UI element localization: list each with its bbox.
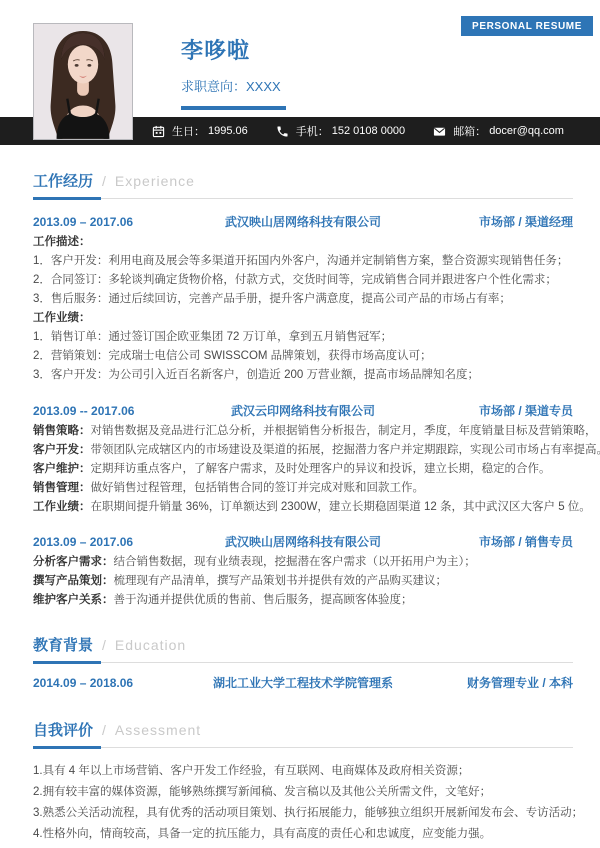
email-item: 邮箱： docer@qq.com (433, 123, 564, 139)
email-label: 邮箱： (453, 123, 486, 139)
job-entry: 2013.09 – 2017.06 武汉映山居网络科技有限公司 市场部 / 渠道… (33, 213, 573, 385)
section-experience: 工作经历/Experience 2013.09 – 2017.06 武汉映山居网… (33, 170, 573, 610)
job-detail-line: 3．售后服务：通过后续回访，完善产品手册，提升客户满意度，提高公司产品的市场占有… (33, 290, 573, 309)
assessment-item: 3.熟悉公关活动流程，具有优秀的活动项目策划、执行拓展能力，能够独立组织开展新闻… (33, 803, 573, 824)
education-period: 2014.09 – 2018.06 (33, 676, 183, 690)
job-detail-line: 3．客户开发：为公司引入近百名新客户，创造近 200 万营业额，提高市场品牌知名… (33, 366, 573, 385)
job-detail-line: 2．营销策划：完成瑞士电信公司 SWISSCOM 品牌策划，获得市场高度认可； (33, 347, 573, 366)
section-accent-line (33, 661, 101, 664)
section-assessment: 自我评价/Assessment 1.具有 4 年以上市场营销、客户开发工作经验，… (33, 719, 573, 845)
section-accent-line (33, 197, 101, 200)
assessment-section-header: 自我评价/Assessment (33, 719, 573, 749)
accent-rule (181, 106, 286, 110)
job-detail-line: 撰写产品策划：梳理现有产品清单，撰写产品策划书并提供有效的产品购买建议； (33, 572, 573, 591)
job-intention: 求职意向：XXXX (181, 76, 286, 95)
job-detail-lines: 分析客户需求：结合销售数据，现有业绩表现，挖掘潜在客户需求（以开拓用户为主）； … (33, 553, 573, 610)
job-detail-line: 分析客户需求：结合销售数据，现有业绩表现，挖掘潜在客户需求（以开拓用户为主）； (33, 553, 573, 572)
section-divider-line (33, 662, 573, 663)
birthday-item: 生日： 1995.06 (152, 123, 248, 139)
phone-label: 手机： (296, 123, 329, 139)
experience-title-en: Experience (115, 173, 195, 189)
job-detail-lines: 工作描述： 1．客户开发：利用电商及展会等多渠道开拓国内外客户，沟通并定制销售方… (33, 233, 573, 385)
education-degree: 财务管理专业 / 本科 (423, 674, 573, 691)
job-detail-line: 工作业绩： (33, 309, 573, 328)
job-period: 2013.09 – 2017.06 (33, 535, 183, 549)
birthday-value: 1995.06 (208, 125, 248, 137)
job-detail-line: 工作业绩：在职期间提升销量 36%，订单额达到 2300W，建立长期稳固渠道 1… (33, 498, 573, 517)
job-entry-header: 2013.09 – 2017.06 武汉映山居网络科技有限公司 市场部 / 渠道… (33, 213, 573, 230)
phone-icon (276, 125, 289, 138)
assessment-item: 2.拥有较丰富的媒体资源，能够熟练撰写新闻稿、发言稿以及其他公关所需文件，文笔好… (33, 782, 573, 803)
job-detail-line: 客户维护：定期拜访重点客户，了解客户需求，及时处理客户的异议和投诉，建立长期，稳… (33, 460, 573, 479)
portrait-illustration (34, 24, 132, 139)
job-detail-line: 2．合同签订：多轮谈判确定货物价格，付款方式，交货时间等，完成销售合同并跟进客户… (33, 271, 573, 290)
job-detail-line: 客户开发：带领团队完成辖区内的市场建设及渠道的拓展，挖掘潜力客户并定期跟踪，实现… (33, 441, 573, 460)
phone-item: 手机： 152 0108 0000 (276, 123, 405, 139)
birthday-label: 生日： (172, 123, 205, 139)
job-period: 2013.09 -- 2017.06 (33, 404, 183, 418)
job-detail-line: 维护客户关系：善于沟通并提供优质的售前、售后服务，提高顾客体验度； (33, 591, 573, 610)
job-company: 武汉云印网络科技有限公司 (183, 402, 423, 419)
experience-section-header: 工作经历/Experience (33, 170, 573, 200)
calendar-icon (152, 125, 165, 138)
job-entry-header: 2013.09 -- 2017.06 武汉云印网络科技有限公司 市场部 / 渠道… (33, 402, 573, 419)
job-period: 2013.09 – 2017.06 (33, 215, 183, 229)
resume-page: PERSONAL RESUME 李哆啦 求职意向：XXXX (0, 0, 600, 848)
title-separator: / (102, 722, 106, 738)
title-separator: / (102, 173, 106, 189)
assessment-title-en: Assessment (115, 722, 201, 738)
section-accent-line (33, 746, 101, 749)
education-entry: 2014.09 – 2018.06 湖北工业大学工程技术学院管理系 财务管理专业… (33, 674, 573, 691)
section-education: 教育背景/Education 2014.09 – 2018.06 湖北工业大学工… (33, 634, 573, 691)
job-position: 市场部 / 渠道经理 (423, 213, 573, 230)
education-title-cn: 教育背景 (33, 637, 93, 654)
job-detail-line: 销售管理：做好销售过程管理，包括销售合同的签订并完成对账和回款工作。 (33, 479, 573, 498)
education-section-header: 教育背景/Education (33, 634, 573, 664)
job-detail-line: 销售策略：对销售数据及竞品进行汇总分析，并根据销售分析报告，制定月，季度，年度销… (33, 422, 573, 441)
education-school: 湖北工业大学工程技术学院管理系 (183, 674, 423, 691)
title-separator: / (102, 637, 106, 653)
job-position: 市场部 / 渠道专员 (423, 402, 573, 419)
job-company: 武汉映山居网络科技有限公司 (183, 533, 423, 550)
section-divider-line (33, 747, 573, 748)
job-detail-line: 1．客户开发：利用电商及展会等多渠道开拓国内外客户，沟通并定制销售方案，整合资源… (33, 252, 573, 271)
email-value: docer@qq.com (489, 125, 564, 137)
job-detail-line: 1．销售订单：通过签订国企欧亚集团 72 万订单，拿到五月销售冠军； (33, 328, 573, 347)
job-detail-line: 工作描述： (33, 233, 573, 252)
identity-block: 李哆啦 求职意向：XXXX (181, 34, 286, 110)
job-detail-lines: 销售策略：对销售数据及竞品进行汇总分析，并根据销售分析报告，制定月，季度，年度销… (33, 422, 573, 517)
experience-title-cn: 工作经历 (33, 173, 93, 190)
mail-icon (433, 125, 446, 138)
assessment-title-cn: 自我评价 (33, 722, 93, 739)
education-title-en: Education (115, 637, 186, 653)
profile-photo (33, 23, 133, 140)
job-position: 市场部 / 销售专员 (423, 533, 573, 550)
job-entry: 2013.09 – 2017.06 武汉映山居网络科技有限公司 市场部 / 销售… (33, 533, 573, 610)
job-entry-header: 2013.09 – 2017.06 武汉映山居网络科技有限公司 市场部 / 销售… (33, 533, 573, 550)
job-entry: 2013.09 -- 2017.06 武汉云印网络科技有限公司 市场部 / 渠道… (33, 402, 573, 517)
job-company: 武汉映山居网络科技有限公司 (183, 213, 423, 230)
section-divider-line (33, 198, 573, 199)
assessment-items: 1.具有 4 年以上市场营销、客户开发工作经验，有互联网、电商媒体及政府相关资源… (33, 761, 573, 845)
candidate-name: 李哆啦 (181, 34, 286, 65)
assessment-item: 4.性格外向，情商较高，具备一定的抗压能力，具有高度的责任心和忠诚度，应变能力强… (33, 824, 573, 845)
phone-value: 152 0108 0000 (332, 125, 405, 137)
assessment-item: 1.具有 4 年以上市场营销、客户开发工作经验，有互联网、电商媒体及政府相关资源… (33, 761, 573, 782)
